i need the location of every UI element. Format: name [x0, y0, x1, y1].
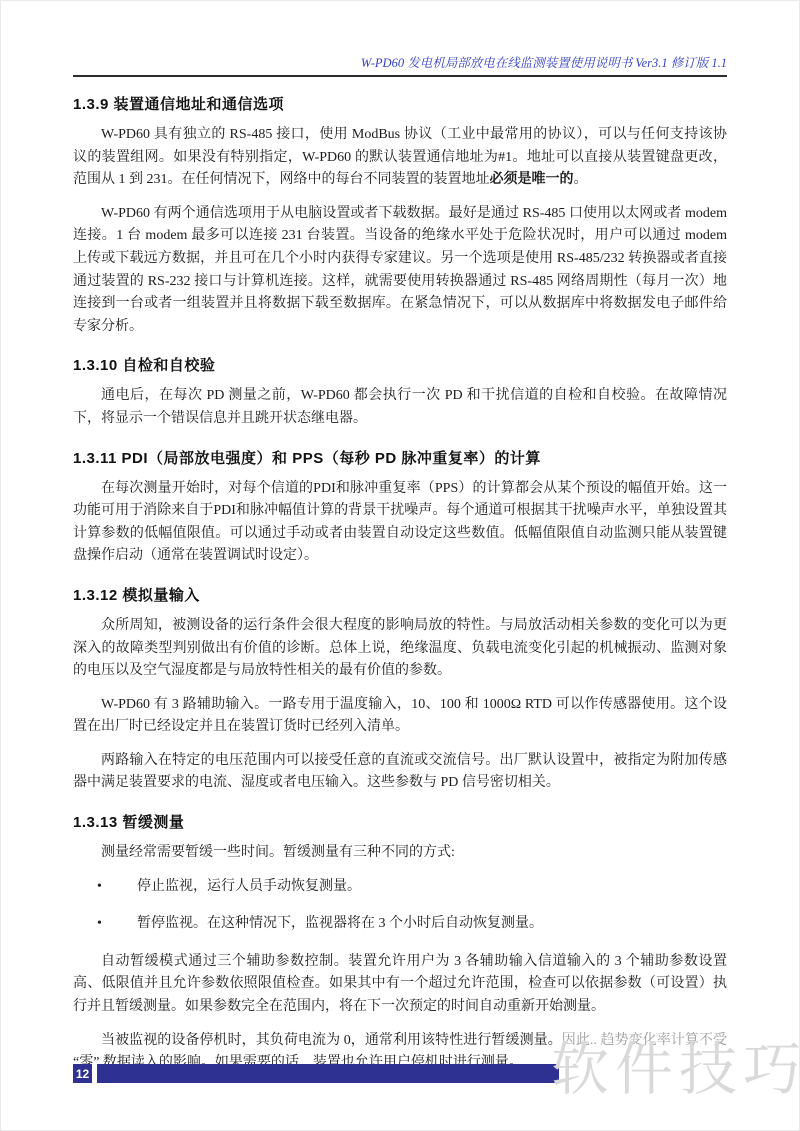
- paragraph: 通电后，在每次 PD 测量之前，W-PD60 都会执行一次 PD 和干扰信道的自…: [73, 385, 727, 430]
- section-heading-1-3-11: 1.3.11 PDI（局部放电强度）和 PPS（每秒 PD 脉冲重复率）的计算: [73, 447, 727, 468]
- paragraph: 在每次测量开始时，对每个信道的PDI和脉冲重复率（PPS）的计算都会从某个预设的…: [73, 478, 727, 568]
- list-item: •停止监视，运行人员手动恢复测量。: [73, 876, 727, 899]
- paragraph-text: 。: [574, 172, 588, 187]
- paragraph: 测量经常需要暂缓一些时间。暂缓测量有三种不同的方式:: [73, 842, 727, 865]
- paragraph: W-PD60 有 3 路辅助输入。一路专用于温度输入，10、100 和 1000…: [73, 694, 727, 739]
- list-item-text: 停止监视，运行人员手动恢复测量。: [137, 879, 361, 894]
- paragraph-text: W-PD60 具有独立的 RS-485 接口，使用 ModBus 协议（工业中最…: [73, 127, 727, 187]
- section-heading-1-3-9: 1.3.9 装置通信地址和通信选项: [73, 93, 727, 114]
- document-page: W-PD60 发电机局部放电在线监测装置使用说明书 Ver3.1 修订版 1.1…: [0, 0, 800, 1131]
- paragraph: W-PD60 具有独立的 RS-485 接口，使用 ModBus 协议（工业中最…: [73, 124, 727, 192]
- page-header-title: W-PD60 发电机局部放电在线监测装置使用说明书 Ver3.1 修订版 1.1: [73, 1, 727, 77]
- paragraph-faded-text: 因此.. 趋势变化率计算不受: [562, 1033, 727, 1048]
- section-heading-1-3-12: 1.3.12 模拟量输入: [73, 584, 727, 605]
- paragraph-bold-text: 必须是唯一的: [490, 172, 574, 187]
- paragraph: 自动暂缓模式通过三个辅助参数控制。装置允许用户为 3 各辅助输入信道输入的 3 …: [73, 951, 727, 1019]
- bullet-icon: •: [97, 876, 102, 899]
- section-heading-1-3-10: 1.3.10 自检和自校验: [73, 354, 727, 375]
- list-item: •暂停监视。在这种情况下，监视器将在 3 个小时后自动恢复测量。: [73, 913, 727, 936]
- bullet-icon: •: [97, 913, 102, 936]
- footer-bar: [97, 1064, 559, 1083]
- section-heading-1-3-13: 1.3.13 暂缓测量: [73, 811, 727, 832]
- page-content: 1.3.9 装置通信地址和通信选项 W-PD60 具有独立的 RS-485 接口…: [1, 93, 799, 1075]
- paragraph: 众所周知，被测设备的运行条件会很大程度的影响局放的特性。与局放活动相关参数的变化…: [73, 615, 727, 683]
- bullet-list: •停止监视，运行人员手动恢复测量。 •暂停监视。在这种情况下，监视器将在 3 个…: [73, 876, 727, 936]
- paragraph-text: 当被监视的设备停机时，其负荷电流为 0，通常利用该特性进行暂缓测量。: [101, 1033, 562, 1048]
- list-item-text: 暂停监视。在这种情况下，监视器将在 3 个小时后自动恢复测量。: [137, 916, 543, 931]
- paragraph: W-PD60 有两个通信选项用于从电脑设置或者下载数据。最好是通过 RS-485…: [73, 203, 727, 339]
- paragraph: 两路输入在特定的电压范围内可以接受任意的直流或交流信号。出厂默认设置中，被指定为…: [73, 750, 727, 795]
- page-footer: 12: [73, 1064, 559, 1083]
- page-number-badge: 12: [73, 1064, 92, 1083]
